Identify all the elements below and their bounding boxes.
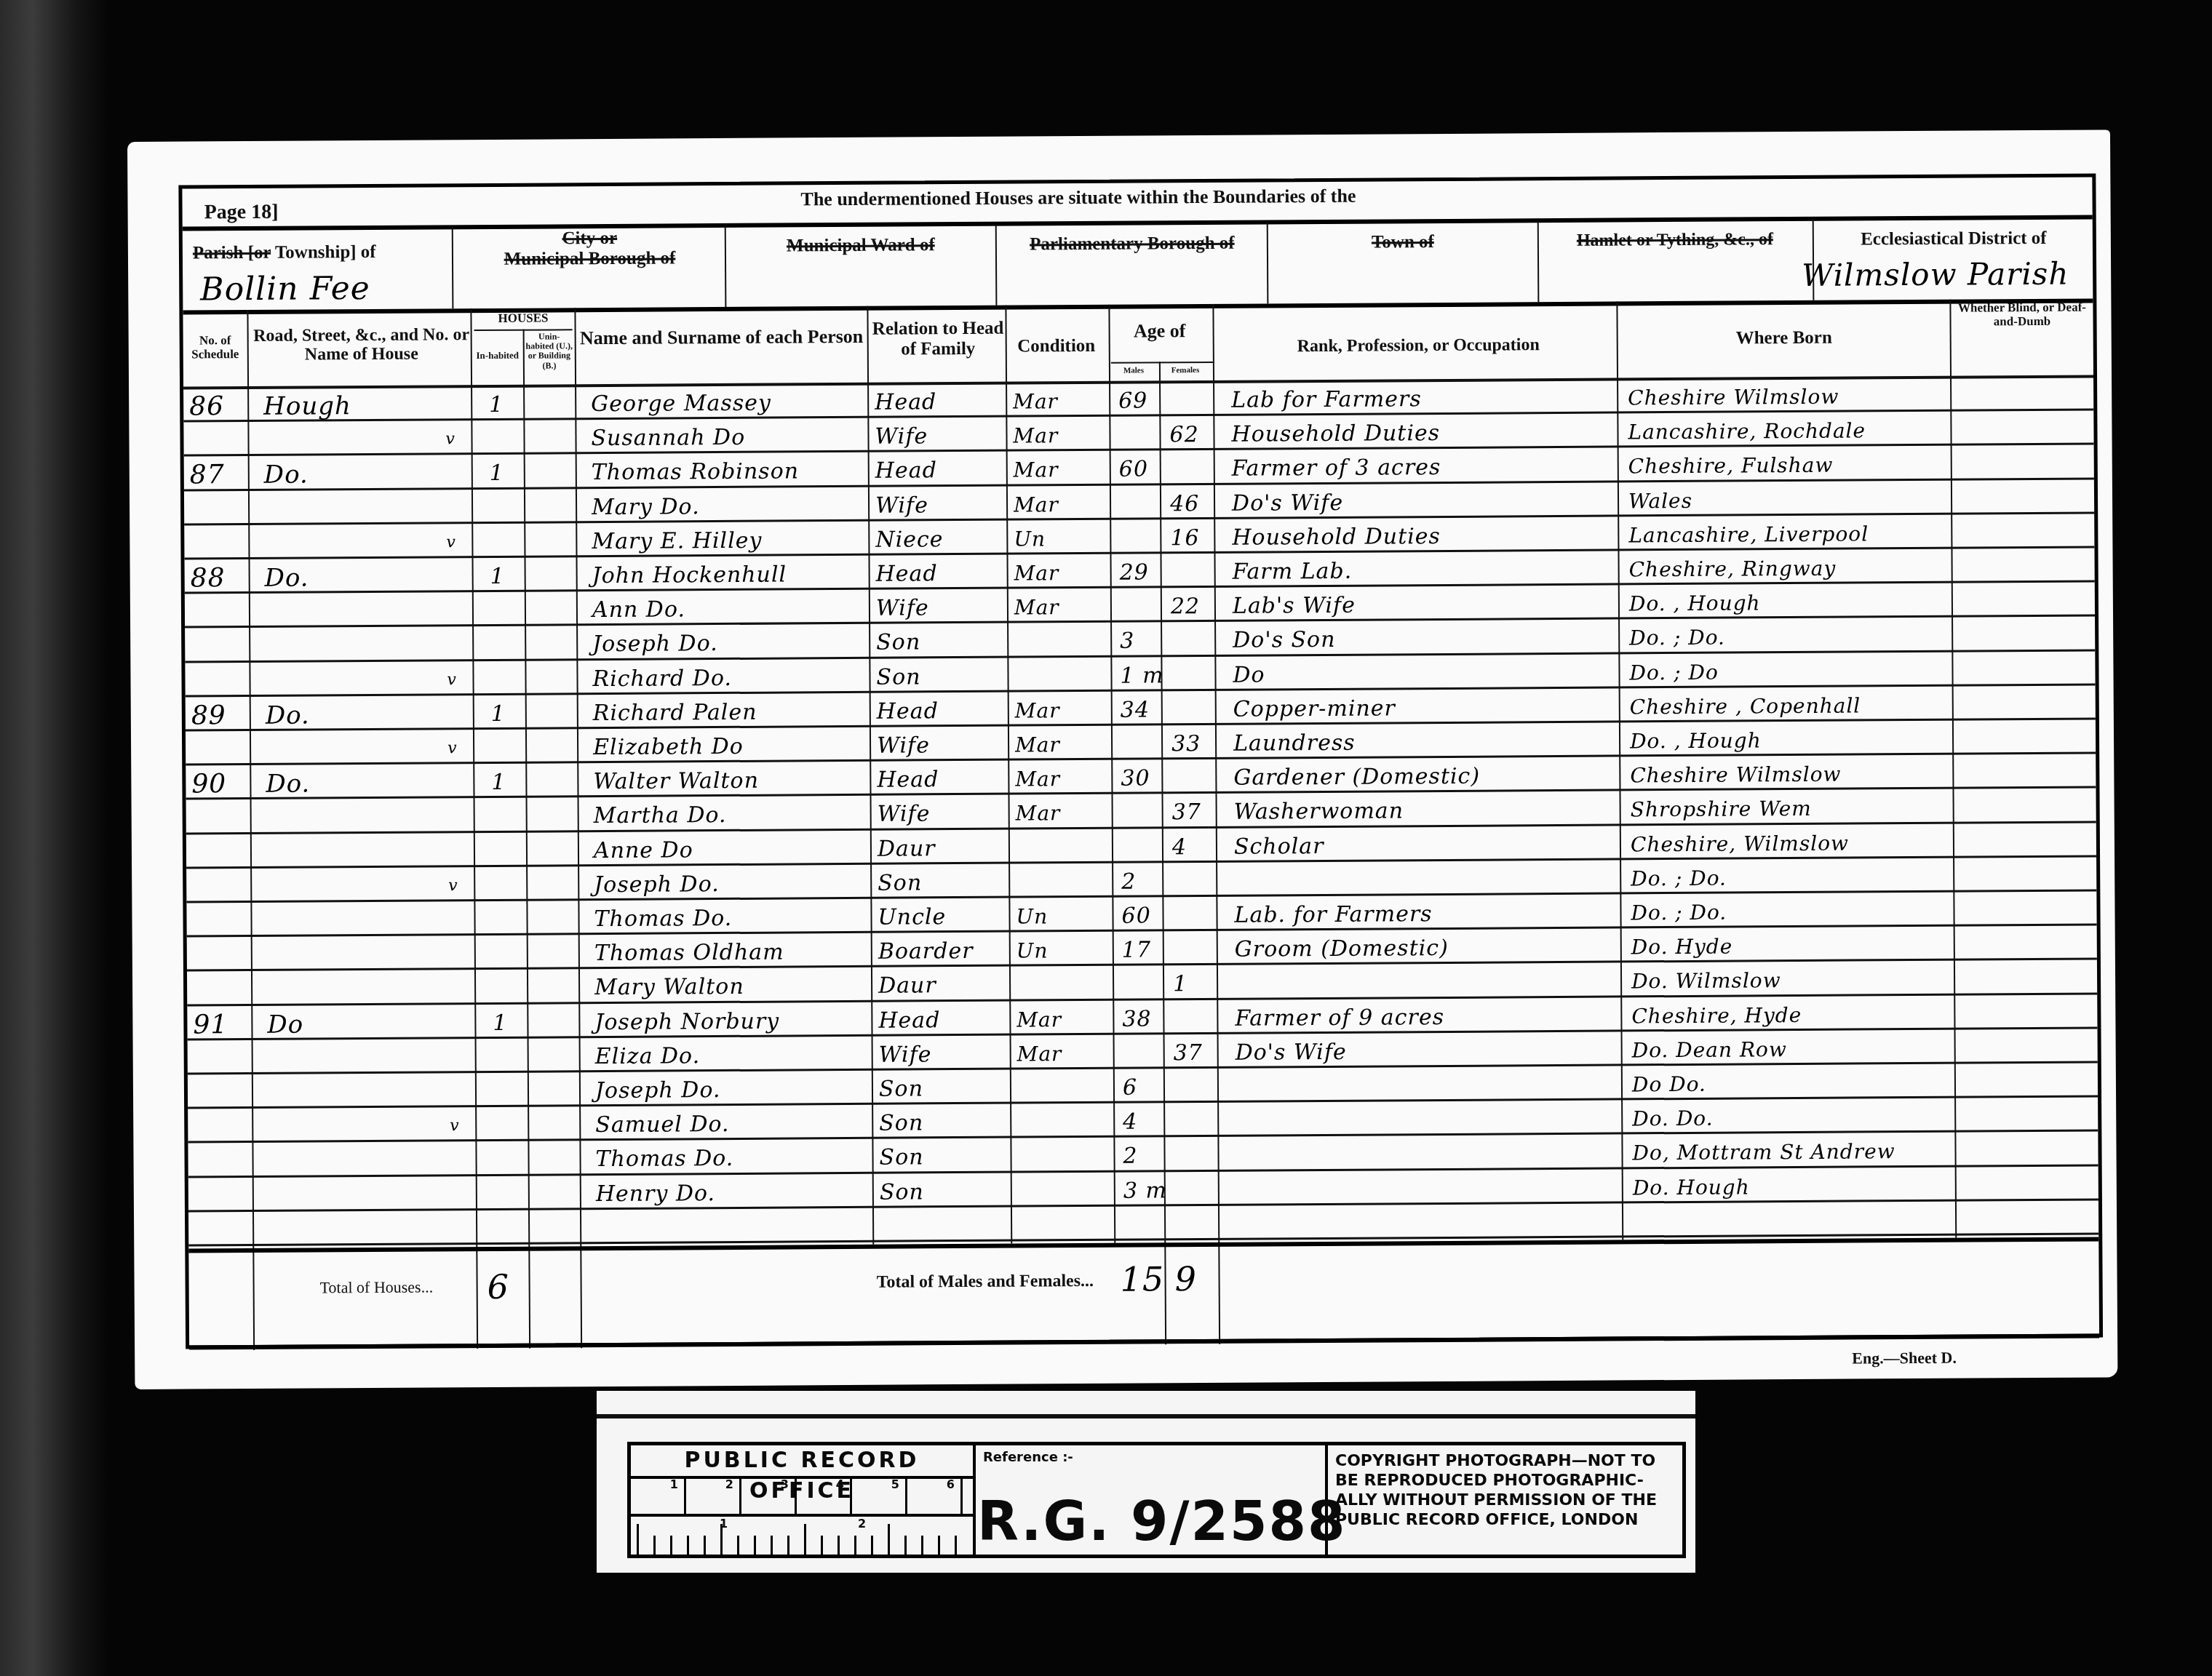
female-age-cell: 16	[1170, 525, 1199, 551]
relation-cell: Daur	[878, 836, 936, 862]
birthplace-cell: Cheshire, Fulshaw	[1628, 452, 1834, 480]
record-office-label: PUBLIC RECORD OFFICE 123456 12 Reference…	[597, 1391, 1695, 1573]
birthplace-cell: Lancashire, Liverpool	[1628, 521, 1869, 548]
relation-cell: Son	[879, 1076, 923, 1102]
ruler-tick	[821, 1536, 823, 1556]
name-cell: Joseph Do.	[595, 1077, 721, 1104]
ruler-tick	[888, 1524, 890, 1556]
boundary-hamlet: Hamlet or Tything, &c., of	[1540, 230, 1810, 251]
relation-cell: Wife	[879, 1042, 932, 1068]
col-males: Males	[1109, 366, 1158, 375]
relation-cell: Wife	[876, 595, 929, 621]
ruler-segment: 2	[686, 1476, 741, 1514]
condition-cell: Un	[1016, 903, 1048, 930]
census-form: Page 18] The undermentioned Houses are s…	[178, 173, 2103, 1349]
birthplace-cell: Shropshire Wem	[1631, 796, 1812, 823]
name-cell: Mary Do.	[592, 494, 700, 521]
name-cell: Eliza Do.	[595, 1043, 701, 1070]
birthplace-cell: Cheshire, Ringway	[1629, 556, 1837, 583]
ruler-segment: 1	[631, 1476, 686, 1514]
boundary-ward: Municipal Ward of	[727, 235, 995, 257]
inhabited-cell: 1	[490, 564, 505, 590]
condition-cell: Mar	[1014, 560, 1059, 586]
census-page: Page 18] The undermentioned Houses are s…	[127, 129, 2117, 1389]
ruler-tick	[754, 1536, 756, 1556]
name-cell: Joseph Do.	[594, 871, 720, 898]
total-houses-label: Total of Houses...	[320, 1278, 434, 1296]
total-males-value: 15	[1120, 1259, 1164, 1298]
name-cell: Richard Palen	[593, 700, 757, 727]
relation-cell: Niece	[875, 527, 943, 554]
birthplace-cell: Cheshire , Copenhall	[1630, 693, 1861, 720]
schedule-cell: 89	[191, 703, 226, 729]
male-age-cell: 30	[1121, 766, 1150, 792]
name-cell: John Hockenhull	[592, 562, 787, 589]
schedule-cell: 87	[190, 463, 225, 489]
relation-cell: Son	[879, 1111, 923, 1137]
col-road: Road, Street, &c., and No. or Name of Ho…	[252, 325, 471, 365]
road-cell: Do.	[264, 462, 309, 488]
condition-cell: Mar	[1013, 423, 1058, 449]
ruler-segment: 4	[797, 1476, 852, 1514]
birthplace-cell: Do. ; Do.	[1629, 625, 1725, 652]
female-age-cell: 37	[1174, 1040, 1203, 1066]
col-females: Females	[1160, 366, 1211, 375]
occupation-cell: Do's Son	[1233, 627, 1335, 654]
relation-cell: Head	[877, 698, 939, 725]
col-uninhabited: Unin-habited (U.), or Building (B.)	[525, 332, 573, 370]
ruler-tick	[804, 1524, 806, 1556]
record-office-title: PUBLIC RECORD OFFICE	[631, 1445, 976, 1479]
birthplace-cell: Do. ; Do.	[1631, 865, 1727, 892]
occupation-cell: Washerwoman	[1234, 799, 1404, 826]
ruler-segment: 5	[852, 1476, 907, 1514]
male-age-cell: 3	[1120, 628, 1134, 655]
female-age-cell: 22	[1171, 594, 1200, 620]
male-age-cell: 3 m	[1123, 1178, 1167, 1204]
occupation-cell: Lab's Wife	[1233, 593, 1356, 620]
male-age-cell: 4	[1123, 1109, 1137, 1136]
occupation-cell: Farmer of 9 acres	[1235, 1005, 1444, 1032]
enumerator-tick: v	[448, 873, 458, 899]
occupation-cell: Lab for Farmers	[1231, 386, 1422, 414]
occupation-cell: Do's Wife	[1236, 1039, 1347, 1066]
relation-cell: Boarder	[878, 938, 974, 965]
relation-cell: Son	[880, 1179, 924, 1205]
inhabited-cell: 1	[490, 460, 504, 487]
schedule-cell: 86	[189, 394, 224, 420]
occupation-cell: Do	[1233, 662, 1265, 688]
birthplace-cell: Do. Dean Row	[1632, 1037, 1787, 1064]
female-age-cell: 4	[1172, 834, 1187, 861]
name-cell: Walter Walton	[593, 768, 759, 795]
male-age-cell: 60	[1121, 903, 1150, 929]
scan-edge-shadow	[0, 0, 109, 1676]
condition-cell: Un	[1014, 526, 1046, 552]
ruler-tick	[955, 1536, 957, 1556]
col-condition: Condition	[1006, 336, 1107, 356]
male-age-cell: 17	[1122, 938, 1151, 964]
female-age-cell: 1	[1173, 972, 1187, 998]
relation-cell: Head	[877, 767, 939, 794]
boundary-parliamentary: Parliamentary Borough of	[998, 233, 1267, 255]
birthplace-cell: Cheshire, Wilmslow	[1631, 830, 1849, 858]
col-age: Age of	[1109, 321, 1211, 342]
condition-cell: Mar	[1015, 698, 1060, 724]
col-inhabited: In-habited	[473, 351, 522, 362]
inhabited-cell: 1	[491, 701, 506, 727]
ruler-tick	[838, 1536, 840, 1556]
ruler-tick	[737, 1536, 739, 1556]
relation-cell: Uncle	[878, 904, 946, 931]
measuring-ruler: 123456 12	[631, 1476, 976, 1556]
ecclesiastical-value: Wilmslow Parish	[1802, 256, 2069, 293]
boundary-city: City or Municipal Borough of	[453, 228, 726, 269]
ruler-tick	[904, 1536, 907, 1556]
name-cell: Samuel Do.	[595, 1112, 729, 1138]
occupation-cell: Gardener (Domestic)	[1233, 764, 1480, 791]
ruler-segment: 3	[741, 1476, 797, 1514]
name-cell: Thomas Do.	[594, 906, 732, 933]
ruler-tick	[871, 1536, 873, 1556]
name-cell: Anne Do	[594, 837, 693, 864]
name-cell: Thomas Oldham	[594, 940, 784, 967]
ruler-number: 5	[891, 1477, 899, 1491]
male-age-cell: 29	[1120, 559, 1149, 586]
ruler-number: 4	[836, 1477, 844, 1491]
condition-cell: Mar	[1016, 801, 1061, 827]
inhabited-cell: 1	[493, 1010, 507, 1036]
birthplace-cell: Cheshire Wilmslow	[1628, 384, 1839, 412]
ruler-tick	[687, 1536, 689, 1556]
road-cell: Hough	[263, 393, 351, 420]
occupation-cell: Copper-miner	[1233, 695, 1396, 722]
birthplace-cell: Do. Hyde	[1631, 934, 1733, 961]
ruler-segment: 6	[907, 1476, 963, 1514]
parish-value: Bollin Fee	[200, 270, 370, 308]
ruler-number: 1	[670, 1477, 678, 1491]
birthplace-cell: Do. Hough	[1633, 1174, 1750, 1201]
name-cell: Susannah Do	[591, 425, 745, 452]
ruler-tick	[637, 1524, 639, 1556]
ruler-number: 6	[947, 1477, 955, 1491]
male-age-cell: 2	[1121, 869, 1136, 895]
ruler-number: 1	[720, 1517, 728, 1531]
ruler-number: 3	[781, 1477, 789, 1491]
name-cell: Ann Do.	[592, 597, 685, 624]
occupation-cell: Household Duties	[1231, 420, 1440, 448]
male-age-cell: 2	[1123, 1144, 1137, 1170]
relation-cell: Daur	[878, 973, 936, 999]
occupation-cell: Do's Wife	[1232, 490, 1343, 516]
col-relation: Relation to Head of Family	[871, 319, 1006, 359]
relation-cell: Son	[876, 630, 920, 656]
road-cell: Do	[267, 1011, 303, 1037]
boundaries-banner: The undermentioned Houses are situate wi…	[800, 186, 1356, 210]
name-cell: Elizabeth Do	[593, 734, 744, 761]
male-age-cell: 1 m	[1120, 663, 1163, 689]
name-cell: Richard Do.	[592, 666, 732, 693]
ruler-tick	[771, 1536, 773, 1556]
page-label: Page 18]	[204, 201, 279, 224]
female-age-cell: 33	[1171, 731, 1201, 757]
name-cell: Henry Do.	[596, 1181, 715, 1208]
occupation-cell: Farm Lab.	[1233, 559, 1353, 586]
condition-cell: Mar	[1013, 388, 1058, 415]
relation-cell: Head	[875, 458, 937, 485]
relation-cell: Son	[879, 1145, 923, 1171]
name-cell: Martha Do.	[594, 802, 727, 829]
male-age-cell: 60	[1119, 457, 1148, 483]
enumerator-tick: v	[447, 735, 458, 762]
relation-cell: Wife	[875, 423, 928, 450]
female-age-cell: 46	[1170, 491, 1199, 517]
birthplace-cell: Do Do.	[1632, 1072, 1706, 1098]
schedule-cell: 90	[191, 771, 226, 797]
occupation-cell: Groom (Domestic)	[1235, 935, 1449, 963]
condition-cell: Mar	[1014, 594, 1059, 620]
total-persons-label: Total of Males and Females...	[877, 1272, 1094, 1292]
name-cell: Joseph Norbury	[594, 1008, 779, 1036]
birthplace-cell: Do, Mottram St Andrew	[1632, 1139, 1895, 1167]
birthplace-cell: Cheshire, Hyde	[1631, 1002, 1802, 1029]
male-age-cell: 34	[1121, 697, 1150, 723]
female-age-cell: 62	[1169, 422, 1198, 448]
name-cell: Thomas Robinson	[592, 459, 799, 487]
census-rows: 86Hough1George MasseyHeadMar69Lab for Fa…	[183, 377, 2098, 1247]
name-cell: Thomas Do.	[595, 1146, 733, 1173]
condition-cell: Mar	[1014, 458, 1059, 484]
ruler-tick	[921, 1536, 923, 1556]
relation-cell: Head	[878, 1007, 940, 1034]
condition-cell: Mar	[1015, 766, 1060, 792]
col-houses: HOUSES	[470, 311, 576, 326]
occupation-cell: Farmer of 3 acres	[1232, 455, 1441, 482]
col-blind: Whether Blind, or Deaf-and-Dumb	[1951, 301, 2093, 330]
birthplace-cell: Do. Do.	[1632, 1106, 1714, 1133]
condition-cell: Un	[1017, 938, 1049, 964]
enumerator-tick: v	[445, 426, 455, 452]
occupation-cell: Laundress	[1233, 730, 1356, 757]
condition-cell: Mar	[1014, 492, 1059, 518]
ruler-tick	[787, 1536, 789, 1556]
reference-box: Reference :- R.G. 9/2588	[976, 1445, 1328, 1555]
birthplace-cell: Cheshire Wilmslow	[1630, 762, 1841, 789]
reference-number: R.G. 9/2588	[977, 1491, 1347, 1553]
road-cell: Do.	[266, 702, 310, 728]
birthplace-cell: Do. ; Do.	[1631, 900, 1727, 927]
relation-cell: Head	[875, 389, 936, 416]
name-cell: George Massey	[591, 391, 771, 418]
ruler-tick	[938, 1536, 940, 1556]
col-born: Where Born	[1620, 327, 1948, 349]
total-houses-value: 6	[487, 1267, 509, 1306]
total-females-value: 9	[1174, 1259, 1197, 1298]
road-cell: Do.	[265, 564, 309, 591]
boundary-town: Town of	[1268, 231, 1537, 253]
col-schedule: No. of Schedule	[183, 334, 247, 362]
male-age-cell: 38	[1122, 1006, 1151, 1032]
male-age-cell: 69	[1118, 388, 1147, 414]
name-cell: Mary Walton	[594, 974, 744, 1001]
birthplace-cell: Wales	[1628, 487, 1692, 514]
condition-cell: Mar	[1017, 1041, 1062, 1067]
reference-label: Reference :-	[983, 1450, 1073, 1465]
ruler-tick	[670, 1536, 672, 1556]
enumerator-tick: v	[446, 530, 456, 556]
schedule-cell: 88	[191, 565, 226, 591]
ruler-tick	[854, 1536, 856, 1556]
relation-cell: Wife	[877, 733, 930, 759]
occupation-cell: Household Duties	[1232, 524, 1441, 551]
copyright-notice: COPYRIGHT PHOTOGRAPH—NOT TO BE REPRODUCE…	[1328, 1445, 1684, 1555]
parish-label-struck: Parish [or	[193, 243, 271, 263]
birthplace-cell: Do. , Hough	[1629, 590, 1761, 617]
relation-cell: Wife	[875, 492, 928, 519]
occupation-cell: Scholar	[1234, 834, 1324, 861]
birthplace-cell: Do. , Hough	[1630, 727, 1762, 754]
inhabited-cell: 1	[491, 770, 506, 796]
name-cell: Mary E. Hilley	[592, 527, 762, 554]
col-name: Name and Surname of each Person	[580, 327, 864, 349]
boundary-parish: Parish [or Township] of Bollin Fee	[183, 227, 454, 310]
sheet-footer: Eng.—Sheet D.	[1852, 1349, 1957, 1368]
record-office-box: PUBLIC RECORD OFFICE 123456 12 Reference…	[627, 1442, 1686, 1558]
relation-cell: Son	[878, 870, 922, 896]
occupation-cell: Lab. for Farmers	[1234, 901, 1432, 929]
birthplace-cell: Lancashire, Rochdale	[1628, 418, 1866, 446]
condition-cell: Mar	[1017, 1007, 1062, 1033]
road-cell: Do.	[266, 771, 310, 797]
relation-cell: Wife	[878, 802, 931, 828]
ruler-tick	[704, 1536, 706, 1556]
name-cell: Joseph Do.	[592, 631, 718, 658]
relation-cell: Head	[876, 561, 938, 588]
ruler-number: 2	[858, 1517, 866, 1531]
ruler-number: 2	[725, 1477, 733, 1491]
schedule-cell: 91	[193, 1012, 228, 1038]
enumerator-tick: v	[450, 1113, 460, 1139]
parish-label: Township] of	[275, 242, 376, 263]
ruler-tick	[653, 1536, 656, 1556]
male-age-cell: 6	[1123, 1075, 1137, 1101]
enumerator-tick: v	[447, 667, 457, 693]
condition-cell: Mar	[1015, 732, 1060, 758]
boundary-ecclesiastical-label: Ecclesiastical District of	[1815, 228, 2092, 250]
female-age-cell: 37	[1172, 799, 1201, 826]
birthplace-cell: Do. ; Do	[1629, 659, 1718, 686]
birthplace-cell: Do. Wilmslow	[1631, 968, 1781, 995]
col-occupation: Rank, Profession, or Occupation	[1217, 335, 1620, 356]
relation-cell: Son	[876, 664, 920, 690]
inhabited-cell: 1	[489, 392, 504, 418]
